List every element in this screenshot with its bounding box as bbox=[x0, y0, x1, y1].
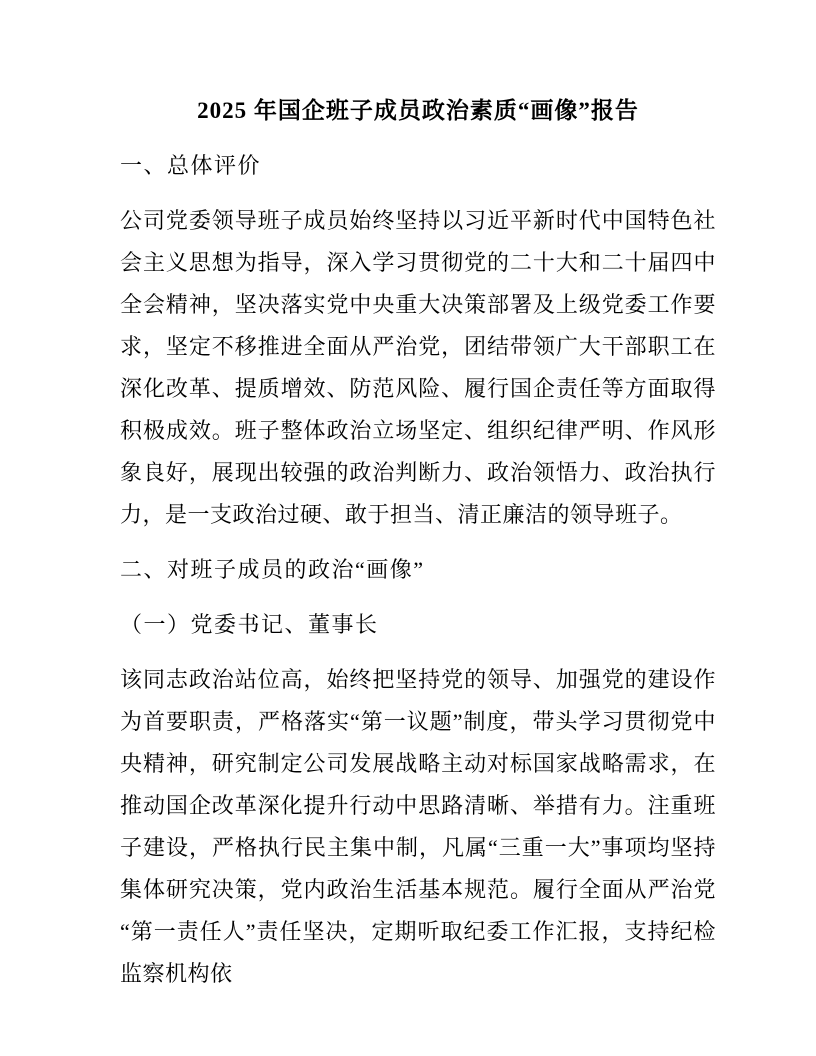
paragraph-overall-evaluation: 公司党委领导班子成员始终坚持以习近平新时代中国特色社会主义思想为指导，深入学习贯… bbox=[120, 200, 716, 536]
document-page: 2025 年国企班子成员政治素质“画像”报告 一、总体评价 公司党委领导班子成员… bbox=[0, 0, 816, 1056]
paragraph-party-secretary-chairman: 该同志政治站位高，始终把坚持党的领导、加强党的建设作为首要职责，严格落实“第一议… bbox=[120, 659, 716, 995]
document-title: 2025 年国企班子成员政治素质“画像”报告 bbox=[120, 90, 716, 132]
heading-political-portrait: 二、对班子成员的政治“画像” bbox=[120, 549, 716, 591]
heading-overall-evaluation: 一、总体评价 bbox=[120, 145, 716, 187]
subheading-party-secretary-chairman: （一）党委书记、董事长 bbox=[120, 604, 716, 646]
